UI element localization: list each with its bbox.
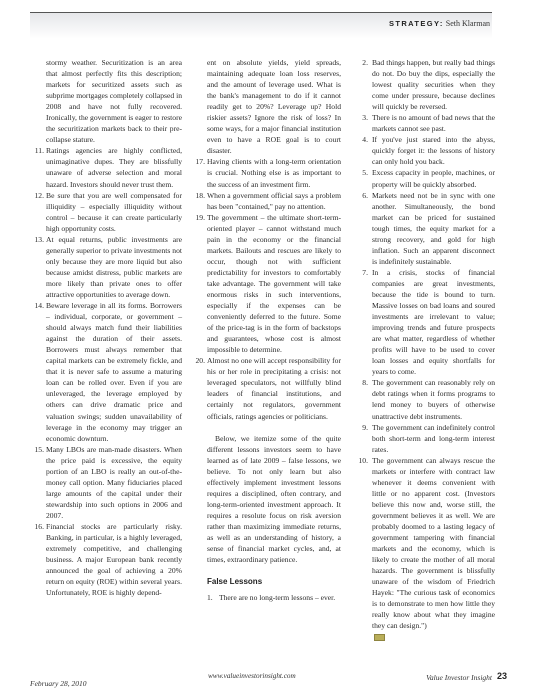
list-item: 20.Almost no one will accept responsibil… (207, 355, 341, 421)
list-item: 14.Beware leverage in all its forms. Bor… (46, 300, 182, 444)
item-number: 10. (354, 455, 368, 466)
item-number: 13. (30, 234, 44, 245)
header-author: Seth Klarman (446, 19, 490, 28)
column-1: stormy weather. Securitization is an are… (46, 57, 182, 598)
item-number: 2. (354, 57, 368, 68)
footer-publication: Value Investor Insight (426, 673, 492, 682)
footer-url: www.valueinvestorinsight.com (208, 672, 296, 680)
item-number: 1. (207, 592, 217, 603)
item-text: Almost no one will accept responsibility… (207, 356, 341, 420)
item-number: 17. (191, 156, 205, 167)
item-text: Many LBOs are man-made disasters. When t… (46, 445, 182, 520)
item-number: 19. (191, 212, 205, 223)
continued-paragraph: ent on absolute yields, yield spreads, m… (207, 57, 341, 156)
list-item: 16.Financial stocks are particularly ris… (46, 521, 182, 598)
item-text: In a crisis, stocks of financial compani… (372, 268, 495, 376)
list-item: 15.Many LBOs are man-made disasters. Whe… (46, 444, 182, 521)
list-item (372, 631, 495, 642)
list-item: 17.Having clients with a long-term orien… (207, 156, 341, 189)
item-number: 15. (30, 444, 44, 455)
list-item: 9.The government can indefinitely contro… (372, 422, 495, 455)
item-text: The government can always rescue the mar… (372, 456, 495, 631)
body-paragraph: Below, we itemize some of the quite diff… (207, 433, 341, 566)
item-text: Beware leverage in all its forms. Borrow… (46, 301, 182, 443)
column-3: 2.Bad things happen, but really bad thin… (372, 57, 495, 642)
header-text: STRATEGY: Seth Klarman (389, 19, 490, 28)
list-item: 5.Excess capacity in people, machines, o… (372, 167, 495, 189)
list-item: 7.In a crisis, stocks of financial compa… (372, 267, 495, 377)
item-text: The government – the ultimate short-term… (207, 213, 341, 355)
item-text: Financial stocks are particularly risky.… (46, 522, 182, 597)
list-item: 10.The government can always rescue the … (372, 455, 495, 632)
list-item: 13.At equal returns, public investments … (46, 234, 182, 300)
header-section: STRATEGY: (389, 19, 444, 28)
item-number: 8. (354, 377, 368, 388)
item-number: 12. (30, 190, 44, 201)
list-item: 19.The government – the ultimate short-t… (207, 212, 341, 356)
column-2: ent on absolute yields, yield spreads, m… (207, 57, 341, 603)
item-text: There is no amount of bad news that the … (372, 113, 495, 133)
item-number: 16. (30, 521, 44, 532)
list-item: 6.Markets need not be in sync with one a… (372, 190, 495, 267)
list-item: 4.If you've just stared into the abyss, … (372, 134, 495, 167)
item-text: Excess capacity in people, machines, or … (372, 168, 495, 188)
item-text: There are no long-term lessons – ever. (219, 593, 335, 602)
end-of-article-icon (374, 634, 385, 641)
item-number: 20. (191, 355, 205, 366)
item-text: If you've just stared into the abyss, qu… (372, 135, 495, 166)
item-text: The government can indefinitely control … (372, 423, 495, 454)
item-number: 14. (30, 300, 44, 311)
item-number: 9. (354, 422, 368, 433)
item-text: When a government official says a proble… (207, 191, 341, 211)
running-header: STRATEGY: Seth Klarman (30, 12, 492, 39)
continued-paragraph: stormy weather. Securitization is an are… (46, 57, 182, 145)
item-number: 7. (354, 267, 368, 278)
item-text: At equal returns, public investments are… (46, 235, 182, 299)
item-text: Bad things happen, but really bad things… (372, 58, 495, 111)
footer-date: February 28, 2010 (30, 679, 86, 688)
list-item: 8.The government can reasonably rely on … (372, 377, 495, 421)
item-number: 11. (30, 145, 44, 156)
section-heading: False Lessons (207, 576, 341, 587)
list-item: 2.Bad things happen, but really bad thin… (372, 57, 495, 112)
item-text: The government can reasonably rely on de… (372, 378, 495, 420)
item-text: Markets need not be in sync with one ano… (372, 191, 495, 266)
item-number: 5. (354, 167, 368, 178)
list-item: 3.There is no amount of bad news that th… (372, 112, 495, 134)
page-number: 23 (497, 671, 507, 681)
item-text: Ratings agencies are highly conflicted, … (46, 146, 182, 188)
item-text: Be sure that you are well compensated fo… (46, 191, 182, 233)
item-number: 4. (354, 134, 368, 145)
item-number: 3. (354, 112, 368, 123)
item-number: 6. (354, 190, 368, 201)
list-item: 11.Ratings agencies are highly conflicte… (46, 145, 182, 189)
list-item: 18.When a government official says a pro… (207, 190, 341, 212)
item-text: Having clients with a long-term orientat… (207, 157, 341, 188)
list-item: 1.There are no long-term lessons – ever. (207, 592, 341, 603)
item-number: 18. (191, 190, 205, 201)
list-item: 12.Be sure that you are well compensated… (46, 190, 182, 234)
